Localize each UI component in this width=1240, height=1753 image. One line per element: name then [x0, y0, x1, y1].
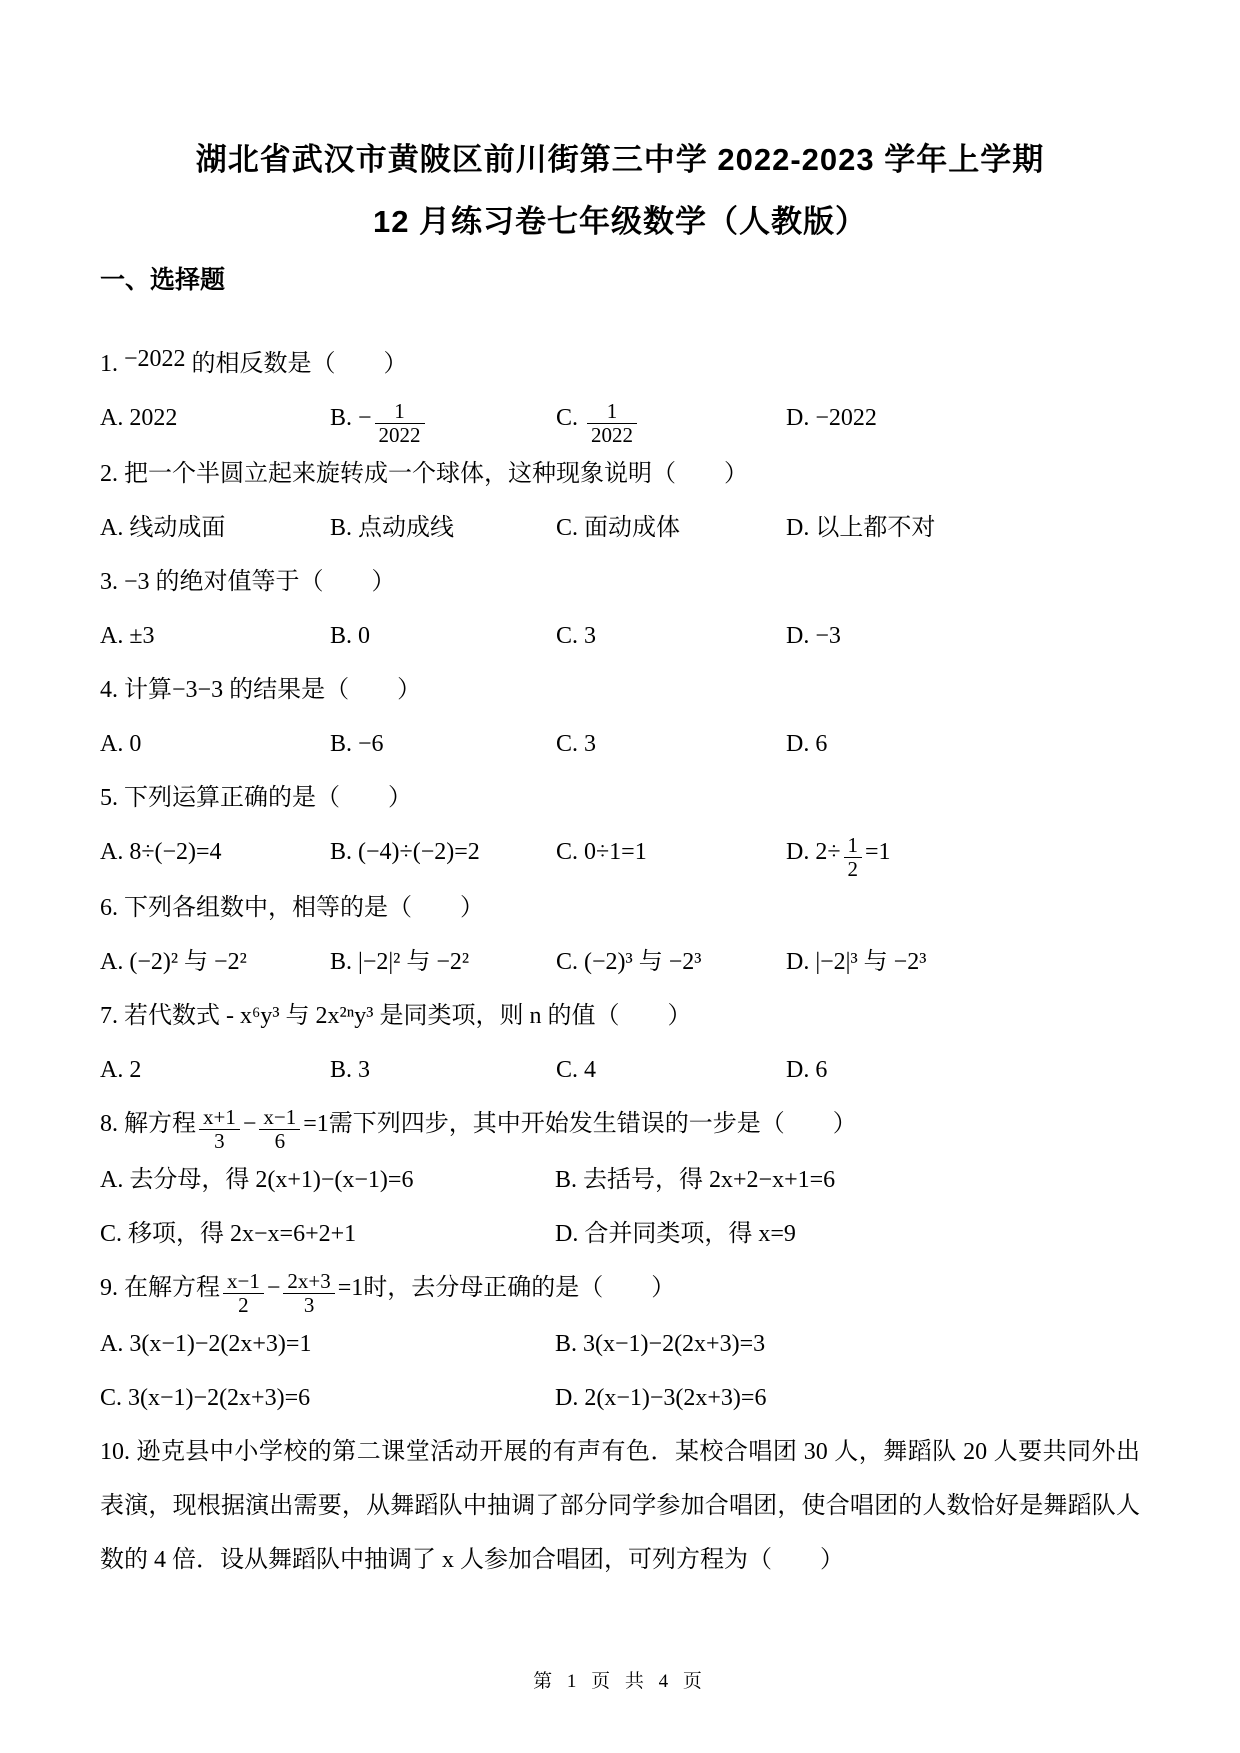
- fraction-numerator: x−1: [223, 1270, 264, 1293]
- question-4-option-a: A. 0: [100, 717, 330, 771]
- fraction-numerator: 1: [844, 834, 863, 857]
- option-d-prefix: D. 2÷: [786, 839, 841, 865]
- question-6-option-c: C. (−2)³ 与 −2³: [556, 935, 786, 989]
- page-footer: 第 1 页 共 4 页: [0, 1666, 1240, 1693]
- fraction: x+13: [199, 1106, 240, 1153]
- question-5-option-c: C. 0÷1=1: [556, 825, 786, 881]
- question-6-option-b: B. |−2|² 与 −2²: [330, 935, 556, 989]
- question-6-options: A. (−2)² 与 −2² B. |−2|² 与 −2² C. (−2)³ 与…: [100, 935, 1140, 989]
- fraction: 12022: [375, 400, 425, 447]
- question-4-stem: 4. 计算−3−3 的结果是（ ）: [100, 663, 1140, 717]
- question-5-options: A. 8÷(−2)=4 B. (−4)÷(−2)=2 C. 0÷1=1 D. 2…: [100, 825, 1140, 881]
- question-9-option-a: A. 3(x−1)−2(2x+3)=1: [100, 1317, 555, 1371]
- question-2-option-c: C. 面动成体: [556, 501, 786, 555]
- fraction-numerator: 1: [587, 400, 637, 423]
- question-7-option-a: A. 2: [100, 1043, 330, 1097]
- question-4-option-b: B. −6: [330, 717, 556, 771]
- fraction: 12022: [587, 400, 637, 447]
- question-8-option-d: D. 合并同类项，得 x=9: [555, 1207, 1140, 1261]
- question-8-option-a: A. 去分母，得 2(x+1)−(x−1)=6: [100, 1153, 555, 1207]
- fraction-denominator: 3: [199, 1129, 240, 1153]
- question-2-option-b: B. 点动成线: [330, 501, 556, 555]
- exam-title-line-1: 湖北省武汉市黄陂区前川街第三中学 2022-2023 学年上学期: [100, 129, 1140, 191]
- fraction-denominator: 2: [223, 1293, 264, 1317]
- question-6-option-a: A. (−2)² 与 −2²: [100, 935, 330, 989]
- option-c-prefix: C.: [556, 405, 578, 431]
- fraction: x−16: [259, 1106, 300, 1153]
- question-4-options: A. 0 B. −6 C. 3 D. 6: [100, 717, 1140, 771]
- question-7-option-c: C. 4: [556, 1043, 786, 1097]
- question-3-option-d: D. −3: [786, 609, 1140, 663]
- fraction: x−12: [223, 1270, 264, 1317]
- question-3-options: A. ±3 B. 0 C. 3 D. −3: [100, 609, 1140, 663]
- question-5-stem: 5. 下列运算正确的是（ ）: [100, 771, 1140, 825]
- question-9-stem: 9. 在解方程x−12−2x+33=1时，去分母正确的是（ ）: [100, 1261, 1140, 1317]
- question-5-option-a: A. 8÷(−2)=4: [100, 825, 330, 881]
- minus-sign: −: [267, 1275, 281, 1301]
- question-8-suffix: =1需下列四步，其中开始发生错误的一步是（ ）: [303, 1111, 857, 1137]
- question-1-stem: 1. −2022的相反数是（ ）: [100, 337, 1140, 391]
- question-2-options: A. 线动成面 B. 点动成线 C. 面动成体 D. 以上都不对: [100, 501, 1140, 555]
- exam-page: 湖北省武汉市黄陂区前川街第三中学 2022-2023 学年上学期 12 月练习卷…: [0, 0, 1240, 1753]
- question-1-option-c: C. 12022: [556, 391, 786, 447]
- question-1-option-b: B. −12022: [330, 391, 556, 447]
- question-7-option-d: D. 6: [786, 1043, 1140, 1097]
- question-2-option-d: D. 以上都不对: [786, 501, 1140, 555]
- question-9-prefix: 9. 在解方程: [100, 1275, 220, 1301]
- question-1-options: A. 2022 B. −12022 C. 12022 D. −2022: [100, 391, 1140, 447]
- fraction-denominator: 2022: [587, 423, 637, 447]
- fraction-numerator: 1: [375, 400, 425, 423]
- question-8-option-c: C. 移项，得 2x−x=6+2+1: [100, 1207, 555, 1261]
- fraction: 2x+33: [283, 1270, 334, 1317]
- fraction-denominator: 2: [844, 857, 863, 881]
- question-7-options: A. 2 B. 3 C. 4 D. 6: [100, 1043, 1140, 1097]
- page-content: 湖北省武汉市黄陂区前川街第三中学 2022-2023 学年上学期 12 月练习卷…: [0, 0, 1240, 1587]
- question-8-options-row-1: A. 去分母，得 2(x+1)−(x−1)=6 B. 去括号，得 2x+2−x+…: [100, 1153, 1140, 1207]
- question-10-stem: 10. 逊克县中小学校的第二课堂活动开展的有声有色．某校合唱团 30 人，舞蹈队…: [100, 1425, 1140, 1587]
- question-3-stem: 3. −3 的绝对值等于（ ）: [100, 555, 1140, 609]
- question-1-option-d: D. −2022: [786, 391, 1140, 447]
- option-d-suffix: =1: [865, 839, 891, 865]
- fraction-numerator: x−1: [259, 1106, 300, 1129]
- question-1-number: 1.: [100, 351, 118, 377]
- question-9-option-c: C. 3(x−1)−2(2x+3)=6: [100, 1371, 555, 1425]
- question-8-stem: 8. 解方程x+13−x−16=1需下列四步，其中开始发生错误的一步是（ ）: [100, 1097, 1140, 1153]
- question-1-option-a: A. 2022: [100, 391, 330, 447]
- question-9-options-row-1: A. 3(x−1)−2(2x+3)=1 B. 3(x−1)−2(2x+3)=3: [100, 1317, 1140, 1371]
- question-3-option-a: A. ±3: [100, 609, 330, 663]
- section-heading-choice: 一、选择题: [100, 253, 1140, 307]
- question-7-stem: 7. 若代数式 - x⁶y³ 与 2x²ⁿy³ 是同类项，则 n 的值（ ）: [100, 989, 1140, 1043]
- minus-sign: −: [243, 1111, 257, 1137]
- fraction-denominator: 3: [283, 1293, 334, 1317]
- fraction-numerator: 2x+3: [283, 1270, 334, 1293]
- question-2-option-a: A. 线动成面: [100, 501, 330, 555]
- question-3-option-b: B. 0: [330, 609, 556, 663]
- question-6-stem: 6. 下列各组数中，相等的是（ ）: [100, 881, 1140, 935]
- question-8-option-b: B. 去括号，得 2x+2−x+1=6: [555, 1153, 1140, 1207]
- question-5-option-b: B. (−4)÷(−2)=2: [330, 825, 556, 881]
- fraction-denominator: 6: [259, 1129, 300, 1153]
- question-2-stem: 2. 把一个半圆立起来旋转成一个球体，这种现象说明（ ）: [100, 447, 1140, 501]
- fraction-denominator: 2022: [375, 423, 425, 447]
- question-9-options-row-2: C. 3(x−1)−2(2x+3)=6 D. 2(x−1)−3(2x+3)=6: [100, 1371, 1140, 1425]
- option-b-prefix: B. −: [330, 405, 372, 431]
- question-1-math: −2022: [124, 346, 186, 372]
- fraction-numerator: x+1: [199, 1106, 240, 1129]
- question-9-option-b: B. 3(x−1)−2(2x+3)=3: [555, 1317, 1140, 1371]
- question-6-option-d: D. |−2|³ 与 −2³: [786, 935, 1140, 989]
- fraction: 12: [844, 834, 863, 881]
- question-4-option-d: D. 6: [786, 717, 1140, 771]
- exam-title-line-2: 12 月练习卷七年级数学（人教版）: [100, 191, 1140, 253]
- question-5-option-d: D. 2÷12=1: [786, 825, 1140, 881]
- question-3-option-c: C. 3: [556, 609, 786, 663]
- question-7-option-b: B. 3: [330, 1043, 556, 1097]
- question-8-options-row-2: C. 移项，得 2x−x=6+2+1 D. 合并同类项，得 x=9: [100, 1207, 1140, 1261]
- question-9-option-d: D. 2(x−1)−3(2x+3)=6: [555, 1371, 1140, 1425]
- question-8-prefix: 8. 解方程: [100, 1111, 196, 1137]
- question-4-option-c: C. 3: [556, 717, 786, 771]
- question-9-suffix: =1时，去分母正确的是（ ）: [338, 1275, 676, 1301]
- question-1-text: 的相反数是（ ）: [192, 351, 408, 377]
